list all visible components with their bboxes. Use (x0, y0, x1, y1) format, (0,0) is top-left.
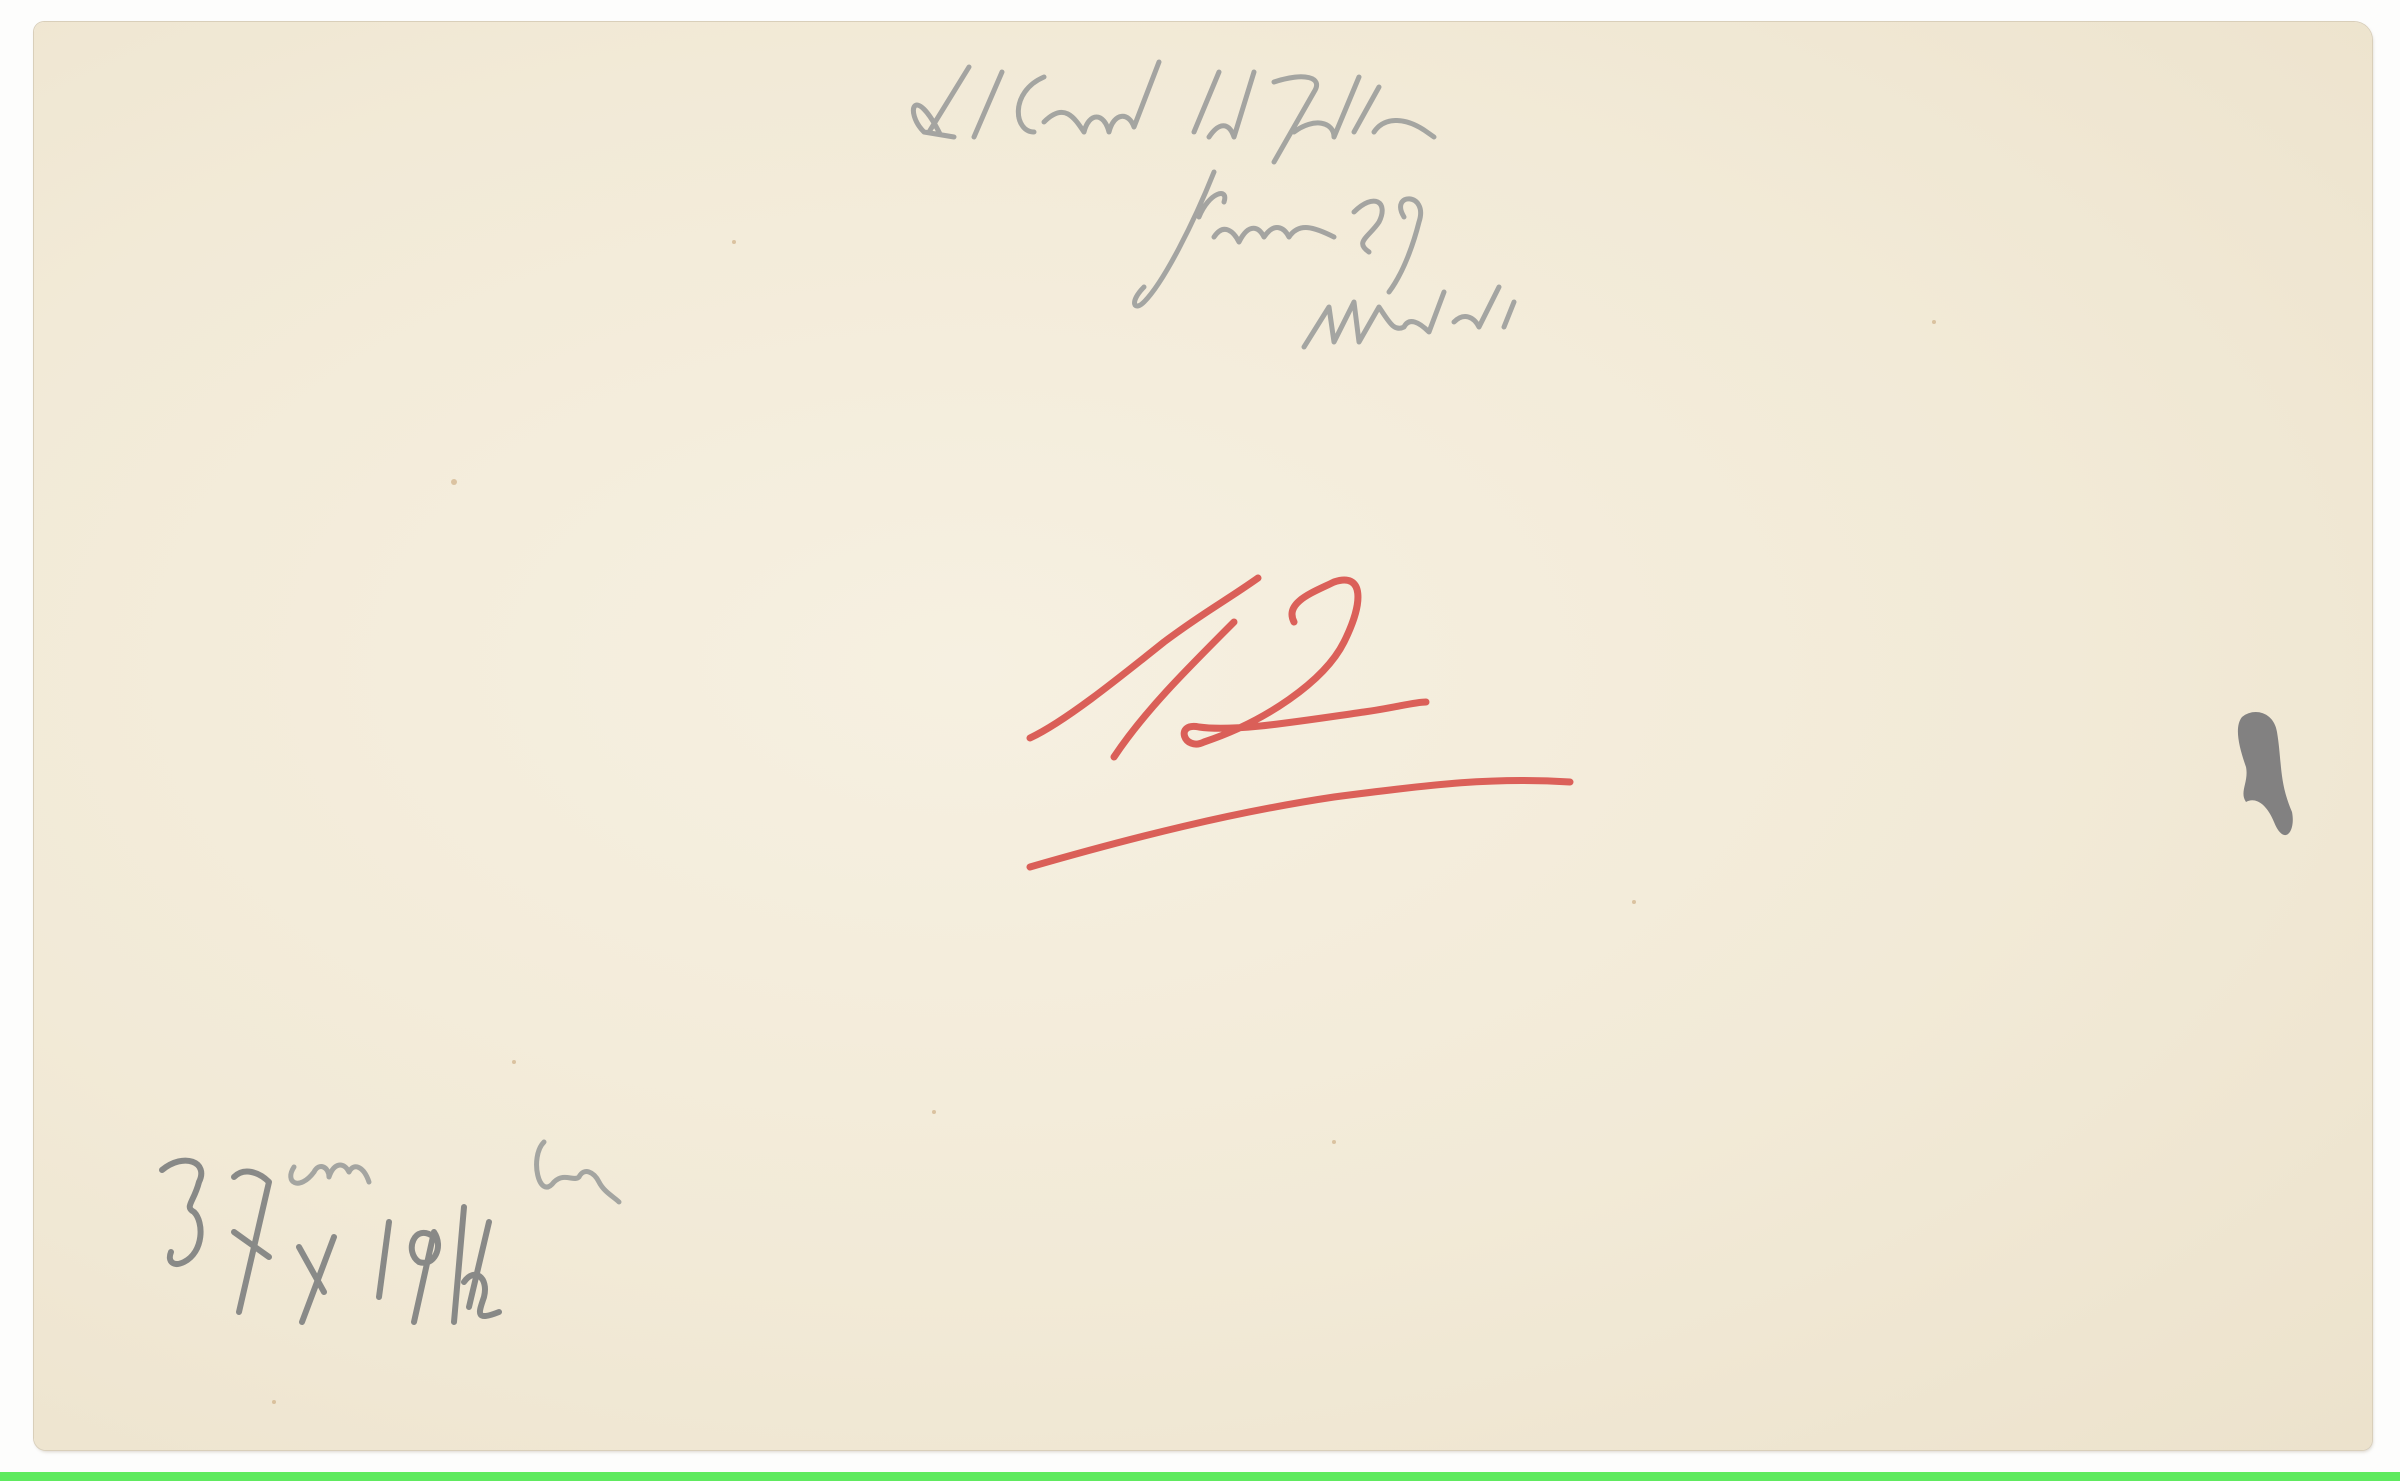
line1-del-cavid-del-valle (913, 62, 1434, 162)
number-37 (162, 1161, 269, 1312)
red-number-12 (1030, 578, 1570, 867)
unit-cm-2 (537, 1142, 619, 1202)
card-back: Del Cavid del Valle Génova 29 Madrid 12 … (34, 22, 2372, 1450)
scan-edge-bar (0, 1472, 2400, 1481)
number-19-half (379, 1207, 499, 1322)
red-underline (1030, 780, 1570, 867)
dimensions-inscription (162, 1142, 619, 1322)
paper-speckles (272, 240, 1936, 1404)
line3-madrid (1304, 287, 1514, 347)
line2-genova-29 (1135, 172, 1421, 306)
unit-cm-1 (291, 1165, 369, 1183)
multiply-sign (299, 1237, 334, 1322)
ink-blot (2238, 712, 2293, 835)
pencil-address-inscription (913, 62, 1514, 347)
handwriting-layer (34, 22, 2372, 1450)
